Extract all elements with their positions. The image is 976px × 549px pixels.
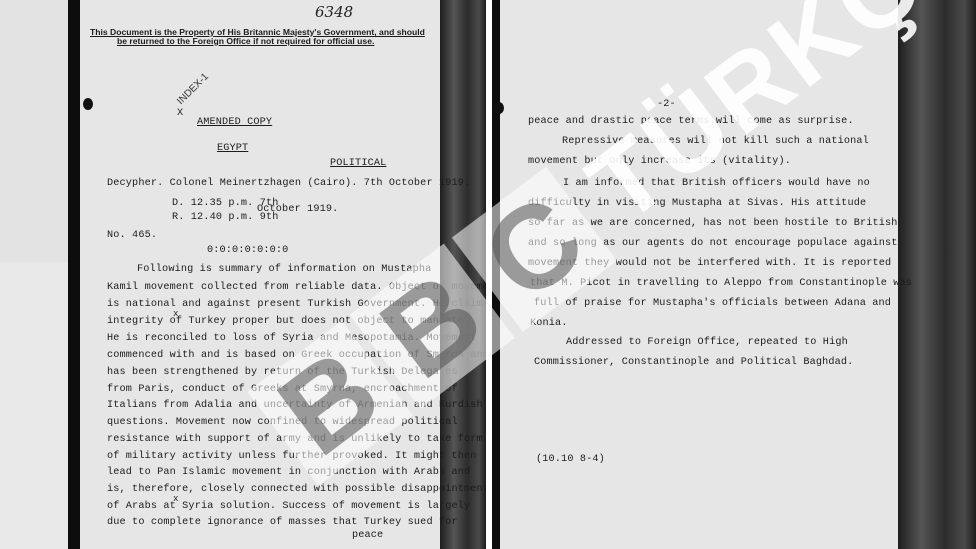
body-line: peace and drastic peace terms will come …	[528, 116, 854, 127]
separator-line: 0:0:0:0:0:0:0	[207, 245, 288, 256]
property-notice-line-2: be returned to the Foreign Office if not…	[117, 36, 374, 46]
binding-right	[492, 0, 500, 549]
continuation-word: peace	[352, 530, 383, 541]
body-line: of military activity unless further prov…	[107, 451, 477, 462]
body-line: and so long as our agents do not encoura…	[528, 238, 898, 249]
decypher-line: Decypher. Colonel Meinertzhagen (Cairo).…	[107, 178, 470, 189]
body-line: He is reconciled to loss of Syria and Me…	[107, 333, 477, 344]
body-line: that M. Picot in travelling to Aleppo fr…	[530, 278, 912, 289]
category-heading: POLITICAL	[330, 158, 386, 169]
body-line: of Arabs at Syria solution. Success of m…	[107, 501, 470, 512]
reference-code: (10.10 8-4)	[536, 454, 605, 465]
body-line: difficulty in visiting Mustapha at Sivas…	[528, 198, 866, 209]
body-line: integrity of Turkey proper but does not …	[107, 316, 470, 327]
body-line: resistance with support of army and is u…	[107, 434, 483, 445]
body-line: is, therefore, closely connected with po…	[107, 484, 489, 495]
underlying-sheet-upper	[0, 0, 70, 262]
document-page-1: 6348 This Document is the Property of Hi…	[80, 0, 440, 549]
page-number: -2-	[657, 99, 676, 110]
punch-hole	[494, 102, 504, 114]
body-line: Italians from Adalia and uncertainty of …	[107, 400, 483, 411]
binding-left	[68, 0, 80, 549]
body-line: due to complete ignorance of masses that…	[107, 517, 458, 528]
body-line: movement they would not be interfered wi…	[528, 258, 891, 269]
body-line: Repressive measures will not kill such a…	[562, 136, 869, 147]
body-line: so far as we are concerned, has not been…	[528, 218, 898, 229]
body-line: Commissioner, Constantinople and Politic…	[534, 357, 853, 368]
body-line: lead to Pan Islamic movement in conjunct…	[107, 467, 470, 478]
background-right	[898, 0, 976, 549]
body-line: has been strengthened by return of the T…	[107, 367, 458, 378]
mark-x: X	[177, 108, 183, 119]
body-line: I am informed that British officers woul…	[563, 178, 870, 189]
body-line: full of praise for Mustapha's officials …	[534, 298, 891, 309]
index-stamp: INDEX-1	[175, 71, 211, 107]
body-line: Following is summary of information on M…	[137, 264, 431, 275]
received-line: R. 12.40 p.m. 9th	[172, 212, 278, 223]
copy-label: AMENDED COPY	[197, 117, 272, 128]
body-line: questions. Movement now confined to wide…	[107, 417, 458, 428]
country-heading: EGYPT	[217, 143, 248, 154]
body-line: from Paris, conduct of Greeks at Smyrna,…	[107, 384, 458, 395]
underlying-sheet-lower	[0, 262, 78, 549]
body-line: is national and against present Turkish …	[107, 299, 489, 310]
body-line: movement but only increase its (vitality…	[528, 156, 791, 167]
body-line: Konia.	[530, 318, 568, 329]
telegram-number: No. 465.	[107, 230, 157, 241]
file-number: 6348	[315, 3, 353, 21]
body-line: Kamil movement collected from reliable d…	[107, 282, 502, 293]
punch-hole	[83, 98, 93, 110]
body-line: Addressed to Foreign Office, repeated to…	[566, 337, 848, 348]
document-page-2: -2- peace and drastic peace terms will c…	[500, 0, 898, 549]
body-line: commenced with and is based on Greek occ…	[107, 350, 489, 361]
